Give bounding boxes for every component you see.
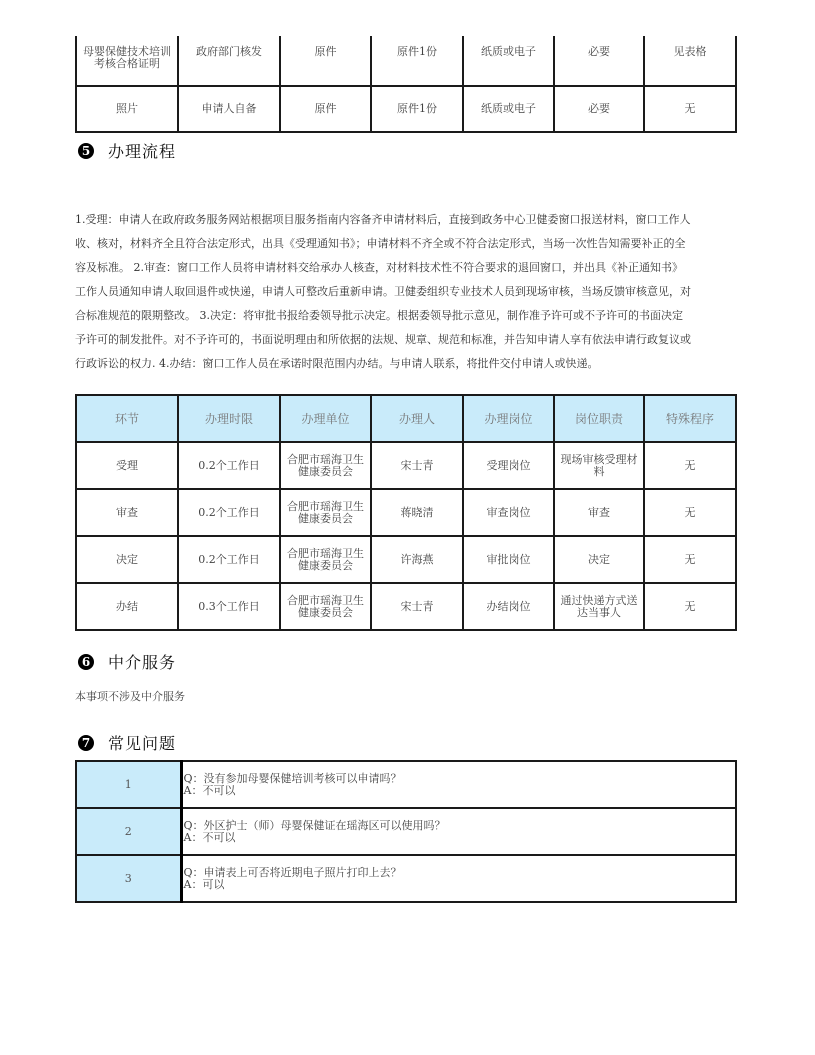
step: 审查 [76, 489, 178, 536]
position: 审查岗位 [463, 489, 554, 536]
text-line: 工作人员通知申请人取回退件或快递，申请人可整改后重新申请。卫健委组织专业技术人员… [75, 280, 743, 304]
handler: 宋士青 [371, 442, 463, 489]
material-note: 见表格 [644, 36, 736, 86]
faq-qa: Q：没有参加母婴保健培训考核可以申请吗？ A：不可以 [181, 761, 736, 808]
material-type: 原件 [280, 86, 371, 132]
handling-unit: 合肥市瑶海卫生健康委员会 [280, 442, 371, 489]
material-copies: 原件1份 [371, 86, 463, 132]
handler: 许海燕 [371, 536, 463, 583]
faq-qa: Q：外区护士（师）母婴保健证在瑶海区可以使用吗？ A：不可以 [181, 808, 736, 855]
faq-index: 3 [76, 855, 181, 902]
material-format: 纸质或电子 [463, 36, 554, 86]
table-row: 办结 0.3个工作日 合肥市瑶海卫生健康委员会 宋士青 办结岗位 通过快递方式送… [76, 583, 736, 630]
special-procedure: 无 [644, 489, 736, 536]
material-source: 政府部门核发 [178, 36, 280, 86]
time-limit: 0.2个工作日 [178, 536, 280, 583]
column-header: 岗位职责 [554, 395, 644, 442]
duty: 通过快递方式送达当事人 [554, 583, 644, 630]
table-row: 决定 0.2个工作日 合肥市瑶海卫生健康委员会 许海燕 审批岗位 决定 无 [76, 536, 736, 583]
materials-table: 母婴保健技术培训考核合格证明 政府部门核发 原件 原件1份 纸质或电子 必要 见… [75, 36, 737, 133]
column-header: 办理岗位 [463, 395, 554, 442]
material-copies: 原件1份 [371, 36, 463, 86]
process-table: 环节 办理时限 办理单位 办理人 办理岗位 岗位职责 特殊程序 受理 0.2个工… [75, 394, 737, 631]
faq-question: Q：外区护士（师）母婴保健证在瑶海区可以使用吗？ [184, 820, 736, 832]
faq-answer: A：不可以 [184, 785, 736, 797]
position: 办结岗位 [463, 583, 554, 630]
material-source: 申请人自备 [178, 86, 280, 132]
text-line: 1.受理：申请人在政府政务服务网站根据项目服务指南内容备齐申请材料后，直接到政务… [75, 208, 743, 232]
number-5-bullet-icon: 5 [78, 143, 94, 159]
text-line: 收、核对，材料齐全且符合法定形式，出具《受理通知书》；申请材料不齐全或不符合法定… [75, 232, 743, 256]
handler: 蒋晓清 [371, 489, 463, 536]
text-line: 行政诉讼的权力. 4.办结：窗口工作人员在承诺时限范围内办结。与申请人联系，将批… [75, 352, 743, 376]
handling-unit: 合肥市瑶海卫生健康委员会 [280, 583, 371, 630]
column-header: 办理人 [371, 395, 463, 442]
material-required: 必要 [554, 86, 644, 132]
section-heading-intermediary: 6 中介服务 [78, 650, 176, 673]
time-limit: 0.3个工作日 [178, 583, 280, 630]
faq-question: Q：申请表上可否将近期电子照片打印上去？ [184, 867, 736, 879]
section-title: 办理流程 [108, 139, 176, 162]
material-name: 母婴保健技术培训考核合格证明 [76, 36, 178, 86]
special-procedure: 无 [644, 442, 736, 489]
section-heading-faq: 7 常见问题 [78, 731, 176, 754]
faq-row: 3 Q：申请表上可否将近期电子照片打印上去？ A：可以 [76, 855, 736, 902]
text-line: 容及标准。 2.审查：窗口工作人员将申请材料交给承办人核查，对材料技术性不符合要… [75, 256, 743, 280]
section-title: 中介服务 [108, 650, 176, 673]
material-required: 必要 [554, 36, 644, 86]
column-header: 办理单位 [280, 395, 371, 442]
duty: 现场审核受理材料 [554, 442, 644, 489]
faq-answer: A：可以 [184, 879, 736, 891]
special-procedure: 无 [644, 583, 736, 630]
step: 受理 [76, 442, 178, 489]
column-header: 办理时限 [178, 395, 280, 442]
position: 受理岗位 [463, 442, 554, 489]
faq-question: Q：没有参加母婴保健培训考核可以申请吗？ [184, 773, 736, 785]
step: 办结 [76, 583, 178, 630]
section-title: 常见问题 [108, 731, 176, 754]
faq-index: 1 [76, 761, 181, 808]
step: 决定 [76, 536, 178, 583]
time-limit: 0.2个工作日 [178, 442, 280, 489]
handling-unit: 合肥市瑶海卫生健康委员会 [280, 489, 371, 536]
faq-index: 2 [76, 808, 181, 855]
position: 审批岗位 [463, 536, 554, 583]
table-row: 母婴保健技术培训考核合格证明 政府部门核发 原件 原件1份 纸质或电子 必要 见… [76, 36, 736, 86]
special-procedure: 无 [644, 536, 736, 583]
number-6-bullet-icon: 6 [78, 654, 94, 670]
table-row: 受理 0.2个工作日 合肥市瑶海卫生健康委员会 宋士青 受理岗位 现场审核受理材… [76, 442, 736, 489]
column-header: 环节 [76, 395, 178, 442]
table-row: 审查 0.2个工作日 合肥市瑶海卫生健康委员会 蒋晓清 审查岗位 审查 无 [76, 489, 736, 536]
time-limit: 0.2个工作日 [178, 489, 280, 536]
handler: 宋士青 [371, 583, 463, 630]
material-type: 原件 [280, 36, 371, 86]
handling-unit: 合肥市瑶海卫生健康委员会 [280, 536, 371, 583]
duty: 决定 [554, 536, 644, 583]
faq-answer: A：不可以 [184, 832, 736, 844]
duty: 审查 [554, 489, 644, 536]
process-description: 1.受理：申请人在政府政务服务网站根据项目服务指南内容备齐申请材料后，直接到政务… [75, 208, 743, 376]
material-format: 纸质或电子 [463, 86, 554, 132]
material-note: 无 [644, 86, 736, 132]
column-header: 特殊程序 [644, 395, 736, 442]
text-line: 予许可的制发批件。对不予许可的，书面说明理由和所依据的法规、规章、规范和标准，并… [75, 328, 743, 352]
text-line: 合标准规范的限期整改。 3.决定：将审批书报给委领导批示决定。根据委领导批示意见… [75, 304, 743, 328]
faq-row: 2 Q：外区护士（师）母婴保健证在瑶海区可以使用吗？ A：不可以 [76, 808, 736, 855]
material-name: 照片 [76, 86, 178, 132]
table-row: 照片 申请人自备 原件 原件1份 纸质或电子 必要 无 [76, 86, 736, 132]
section-heading-process: 5 办理流程 [78, 139, 176, 162]
faq-row: 1 Q：没有参加母婴保健培训考核可以申请吗？ A：不可以 [76, 761, 736, 808]
intermediary-text: 本事项不涉及中介服务 [75, 688, 185, 704]
table-header-row: 环节 办理时限 办理单位 办理人 办理岗位 岗位职责 特殊程序 [76, 395, 736, 442]
number-7-bullet-icon: 7 [78, 735, 94, 751]
faq-qa: Q：申请表上可否将近期电子照片打印上去？ A：可以 [181, 855, 736, 902]
faq-table: 1 Q：没有参加母婴保健培训考核可以申请吗？ A：不可以 2 Q：外区护士（师）… [75, 760, 737, 903]
